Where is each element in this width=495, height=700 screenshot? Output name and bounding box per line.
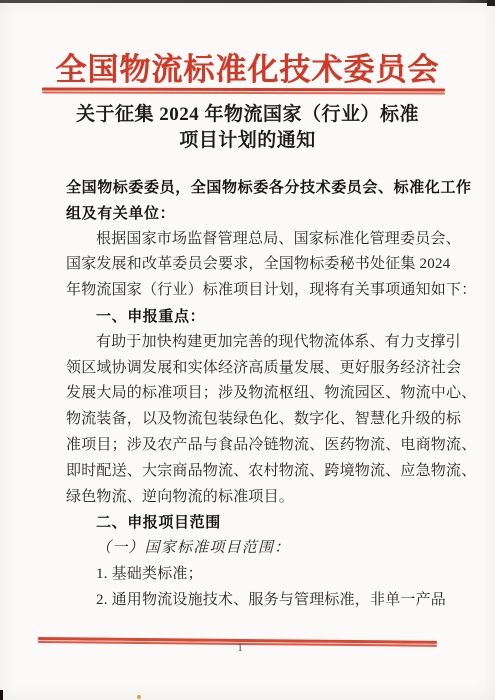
- paragraph-line: 物流装备，以及物流包装绿色化、数字化、智慧化升级的标: [66, 407, 458, 433]
- document-title-line-2: 项目计划的通知: [0, 128, 495, 154]
- numbered-item-1: 1. 基础类标准；: [66, 562, 458, 588]
- salutation-line: 组及有关单位：: [66, 201, 458, 227]
- scan-edge-artifact-left: [0, 690, 3, 700]
- paragraph-line: 准项目；涉及农产品与食品冷链物流、医药物流、电商物流、: [66, 433, 458, 459]
- scanned-document-page: 全国物流标准化技术委员会 关于征集 2024 年物流国家（行业）标准 项目计划的…: [0, 0, 495, 700]
- document-title: 关于征集 2024 年物流国家（行业）标准 项目计划的通知: [0, 102, 495, 154]
- section-heading-2: 二、申报项目范围: [66, 510, 458, 536]
- paragraph-line: 有助于加快构建更加完善的现代物流体系、有力支撑引: [66, 330, 458, 356]
- document-body: 全国物标委委员，全国物标委各分技术委员会、标准化工作 组及有关单位： 根据国家市…: [66, 175, 458, 614]
- paragraph-line: 领区域协调发展和实体经济高质量发展、更好服务经济社会: [66, 356, 458, 382]
- organization-masthead: 全国物流标准化技术委员会: [0, 44, 495, 89]
- paragraph-line: 绿色物流、逆向物流的标准项目。: [66, 485, 458, 511]
- scan-edge-artifact-corner: [487, 0, 495, 6]
- paragraph-line: 即时配送、大宗商品物流、农村物流、跨境物流、应急物流、: [66, 459, 458, 485]
- scan-edge-artifact-top: [0, 0, 495, 3]
- section-heading-1: 一、申报重点：: [66, 304, 458, 330]
- salutation-line: 全国物标委委员，全国物标委各分技术委员会、标准化工作: [66, 175, 458, 201]
- page-number: 1: [0, 643, 480, 654]
- paragraph-line: 国家发展和改革委员会要求，全国物标委秘书处征集 2024: [66, 252, 458, 278]
- paragraph-line: 根据国家市场监督管理总局、国家标准化管理委员会、: [66, 227, 458, 253]
- paragraph-line: 年物流国家（行业）标准项目计划，现将有关事项通知如下：: [66, 278, 458, 304]
- scan-speck-artifact: [137, 695, 141, 699]
- numbered-item-2: 2. 通用物流设施技术、服务与管理标准，非单一产品: [66, 588, 458, 614]
- document-title-line-1: 关于征集 2024 年物流国家（行业）标准: [0, 102, 495, 128]
- masthead-red-rule: [42, 87, 445, 94]
- paragraph-line: 发展大局的标准项目；涉及物流枢纽、物流园区、物流中心、: [66, 381, 458, 407]
- subsection-heading: （一）国家标准项目范围：: [66, 536, 458, 562]
- rule-thin-bar: [42, 91, 445, 94]
